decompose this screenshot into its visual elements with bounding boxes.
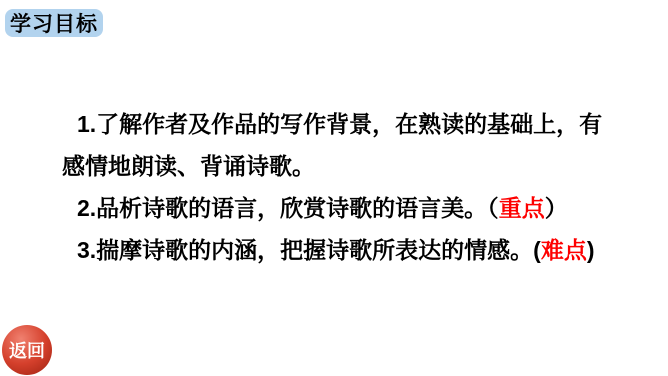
objective-1-text-continued: 感情地朗读、背诵诗歌。 [62,153,315,179]
objective-2-close-paren: ） [545,195,568,221]
slide: 学习目标 1.了解作者及作品的写作背景，在熟读的基础上，有 感情地朗读、背诵诗歌… [0,0,668,376]
objective-line-3: 3.揣摩诗歌的内涵，把握诗歌所表达的情感。(难点) [62,229,602,271]
highlight-difficult-point: 难点 [541,237,587,263]
objective-3-close-paren: ) [587,237,595,263]
objective-line-1: 1.了解作者及作品的写作背景，在熟读的基础上，有 [62,103,602,145]
learning-objectives-badge: 学习目标 [5,9,103,37]
objective-1-text: 1.了解作者及作品的写作背景，在熟读的基础上，有 [77,111,602,137]
highlight-key-point: 重点 [499,195,545,221]
return-button-label: 返回 [9,337,45,363]
objective-line-1-continued: 感情地朗读、背诵诗歌。 [62,145,602,187]
return-button[interactable]: 返回 [2,325,52,375]
objectives-text-block: 1.了解作者及作品的写作背景，在熟读的基础上，有 感情地朗读、背诵诗歌。 2.品… [62,103,602,271]
objective-3-text: 3.揣摩诗歌的内涵，把握诗歌所表达的情感。( [77,237,541,263]
objective-line-2: 2.品析诗歌的语言，欣赏诗歌的语言美。（重点） [62,187,602,229]
badge-label: 学习目标 [10,8,98,38]
objective-2-text: 2.品析诗歌的语言，欣赏诗歌的语言美。（ [77,195,499,221]
